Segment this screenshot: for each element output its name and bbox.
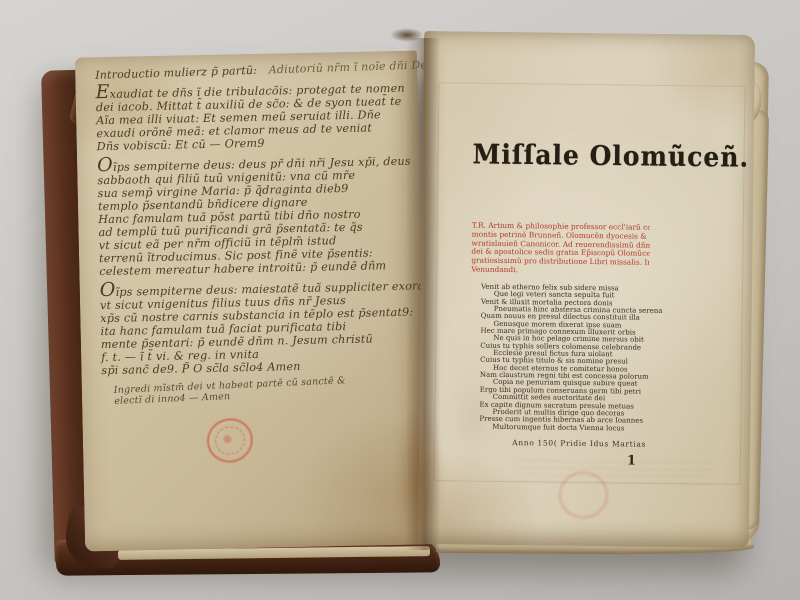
manuscript-paragraph-psalm: Exaudiat te dñs ĩ die tribulacõis: prote…	[95, 81, 404, 153]
manuscript-page: Introductio mulierz p̃ partũ: Adiutoriũ …	[75, 50, 427, 551]
manuscript-paragraph-collect: Oĩps sempiterne deus: maiestatẽ tuã supp…	[100, 279, 410, 377]
manuscript-paragraph-blessing: Oĩps sempiterne deus: deus pr̃ dñi nr̃i …	[97, 154, 407, 278]
show-through-text-bottom	[514, 460, 714, 490]
gutter-stain	[398, 400, 444, 550]
printed-title-page: Miſſale Olomũceñ. T.R. Artium & philosop…	[418, 31, 755, 548]
book-title: Miſſale Olomũceñ.	[472, 138, 708, 172]
dedication-rubric: T.R. Artium & philosophie professor eccl…	[471, 222, 650, 277]
library-stamp	[201, 413, 258, 469]
gutter-top-dark-spot	[390, 28, 424, 42]
faint-stamp-ghost	[558, 471, 609, 520]
manuscript-addendum: Ingredi mĩstm̃ dei vt habeat partẽ cũ sa…	[114, 373, 411, 407]
dedicatory-poem: Venit ab etherno felix sub sidere missaQ…	[479, 284, 721, 434]
heading-rubric: Introductio mulierz p̃ partũ:	[95, 64, 257, 82]
manuscript-text-block: Introductio mulierz p̃ partũ: Adiutoriũ …	[95, 61, 410, 404]
manuscript-heading: Introductio mulierz p̃ partũ: Adiutoriũ …	[95, 59, 403, 82]
photo-open-book: Introductio mulierz p̃ partũ: Adiutoriũ …	[0, 0, 800, 600]
show-through-woodcut	[437, 361, 508, 472]
